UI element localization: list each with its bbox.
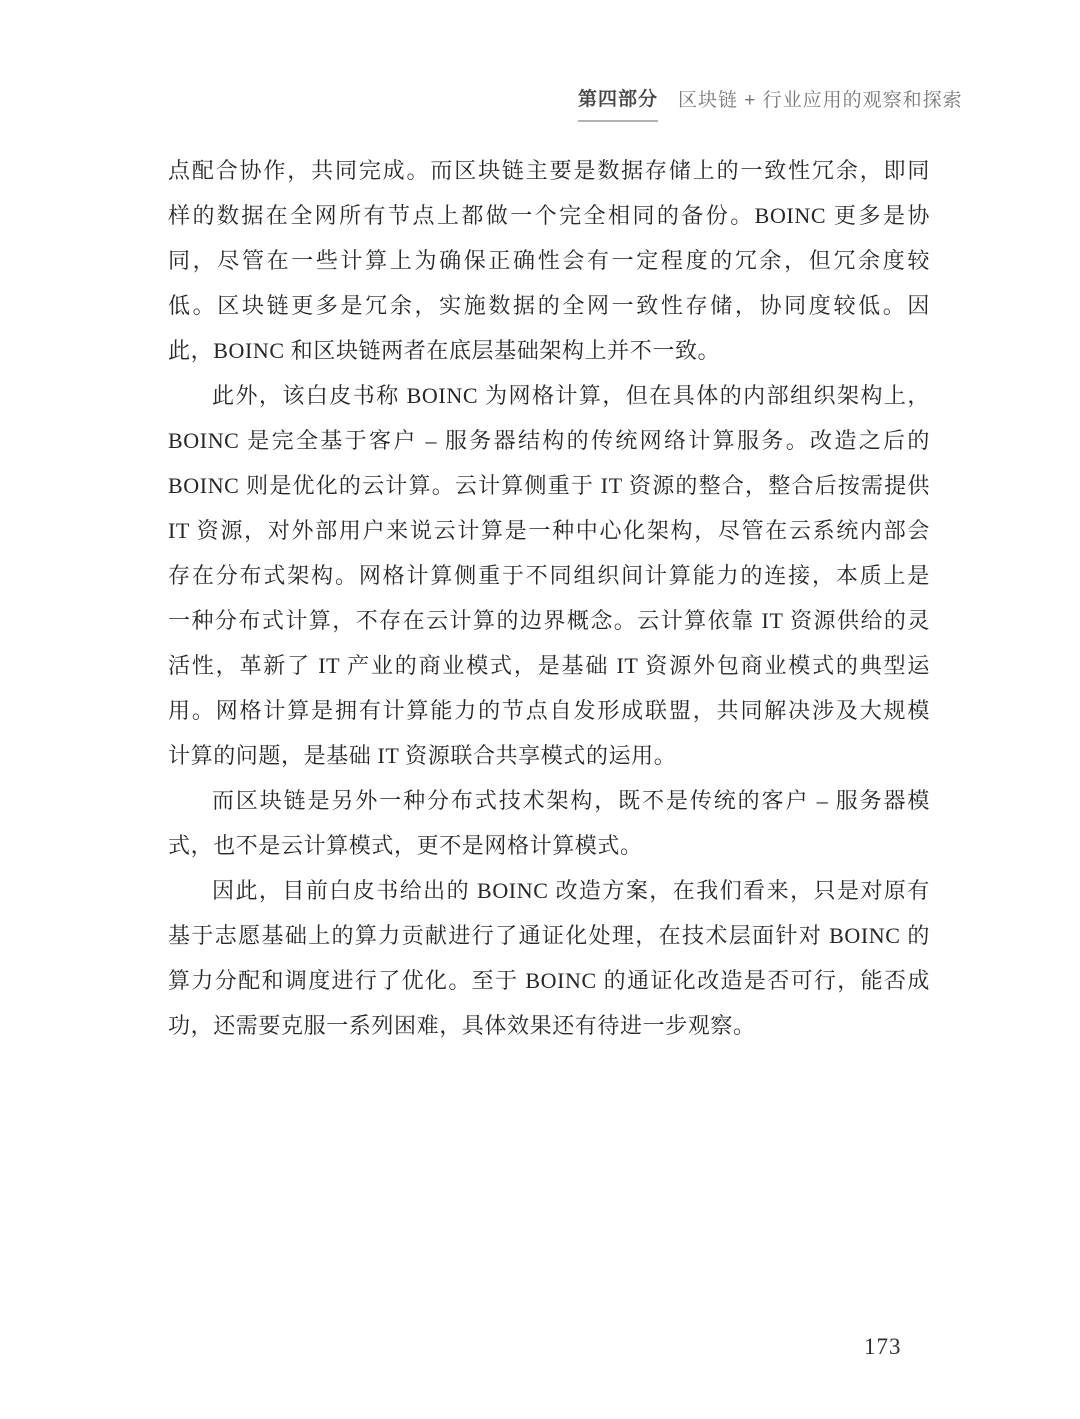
text-line: BOINC 是完全基于客户 – 服务器结构的传统网络计算服务。改造之后的 xyxy=(168,418,930,463)
text-line: 同，尽管在一些计算上为确保正确性会有一定程度的冗余，但冗余度较 xyxy=(168,238,930,283)
text-line: 一种分布式计算，不存在云计算的边界概念。云计算依靠 IT 资源供给的灵 xyxy=(168,598,930,643)
page-number: 173 xyxy=(864,1334,902,1360)
text-line: 功，还需要克服一系列困难，具体效果还有待进一步观察。 xyxy=(168,1003,930,1048)
text-line: 活性，革新了 IT 产业的商业模式，是基础 IT 资源外包商业模式的典型运 xyxy=(168,643,930,688)
text-line: 此外，该白皮书称 BOINC 为网格计算，但在具体的内部组织架构上， xyxy=(168,373,930,418)
text-line: 点配合协作，共同完成。而区块链主要是数据存储上的一致性冗余，即同 xyxy=(168,148,930,193)
text-line: 此，BOINC 和区块链两者在底层基础架构上并不一致。 xyxy=(168,328,930,373)
text-line: IT 资源，对外部用户来说云计算是一种中心化架构，尽管在云系统内部会 xyxy=(168,508,930,553)
part-title: 区块链 + 行业应用的观察和探索 xyxy=(678,84,963,112)
text-line: 式，也不是云计算模式，更不是网格计算模式。 xyxy=(168,823,930,868)
text-line: 算力分配和调度进行了优化。至于 BOINC 的通证化改造是否可行，能否成 xyxy=(168,958,930,1003)
paragraph: 点配合协作，共同完成。而区块链主要是数据存储上的一致性冗余，即同样的数据在全网所… xyxy=(168,148,930,373)
text-line: 而区块链是另外一种分布式技术架构，既不是传统的客户 – 服务器模 xyxy=(168,778,930,823)
text-line: 因此，目前白皮书给出的 BOINC 改造方案，在我们看来，只是对原有 xyxy=(168,868,930,913)
paragraph: 而区块链是另外一种分布式技术架构，既不是传统的客户 – 服务器模式，也不是云计算… xyxy=(168,778,930,868)
text-line: 低。区块链更多是冗余，实施数据的全网一致性存储，协同度较低。因 xyxy=(168,283,930,328)
book-page: 第四部分 区块链 + 行业应用的观察和探索 点配合协作，共同完成。而区块链主要是… xyxy=(0,0,1080,1419)
text-line: 存在分布式架构。网格计算侧重于不同组织间计算能力的连接，本质上是 xyxy=(168,553,930,598)
text-line: 用。网格计算是拥有计算能力的节点自发形成联盟，共同解决涉及大规模 xyxy=(168,688,930,733)
text-line: 计算的问题，是基础 IT 资源联合共享模式的运用。 xyxy=(168,733,930,778)
body-text: 点配合协作，共同完成。而区块链主要是数据存储上的一致性冗余，即同样的数据在全网所… xyxy=(168,148,930,1048)
paragraph: 此外，该白皮书称 BOINC 为网格计算，但在具体的内部组织架构上，BOINC … xyxy=(168,373,930,778)
part-label: 第四部分 xyxy=(578,84,658,122)
running-header: 第四部分 区块链 + 行业应用的观察和探索 xyxy=(578,84,963,122)
paragraph: 因此，目前白皮书给出的 BOINC 改造方案，在我们看来，只是对原有基于志愿基础… xyxy=(168,868,930,1048)
text-line: 样的数据在全网所有节点上都做一个完全相同的备份。BOINC 更多是协 xyxy=(168,193,930,238)
text-line: BOINC 则是优化的云计算。云计算侧重于 IT 资源的整合，整合后按需提供 xyxy=(168,463,930,508)
text-line: 基于志愿基础上的算力贡献进行了通证化处理，在技术层面针对 BOINC 的 xyxy=(168,913,930,958)
